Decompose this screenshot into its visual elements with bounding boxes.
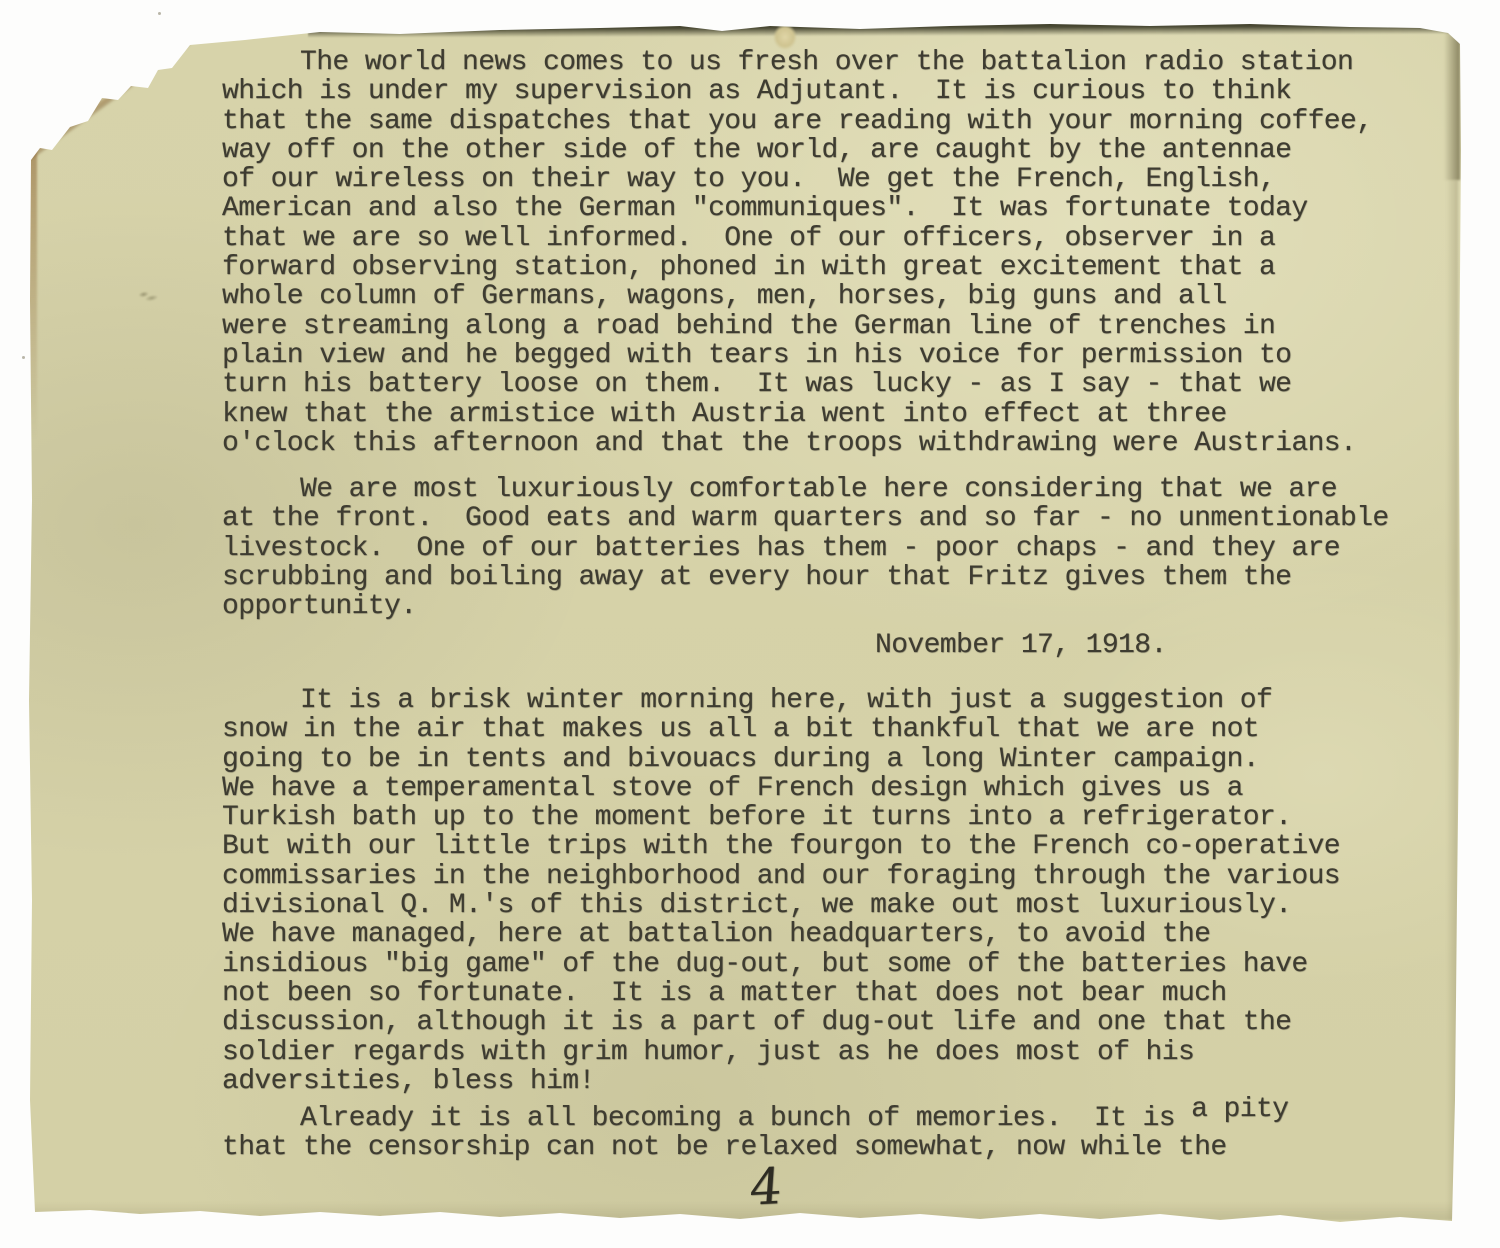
letter-body: The world news comes to us fresh over th… <box>222 44 1442 1163</box>
paragraph: Already it is all becoming a bunch of me… <box>222 1104 1442 1163</box>
typewritten-line: commissaries in the neighborhood and our… <box>222 862 1442 891</box>
typewritten-line: livestock. One of our batteries has them… <box>222 534 1442 563</box>
typewritten-line: plain view and he begged with tears in h… <box>222 341 1442 370</box>
typewritten-line: It is a brisk winter morning here, with … <box>222 686 1442 715</box>
typewritten-line: opportunity. <box>222 592 1442 621</box>
paragraph: It is a brisk winter morning here, with … <box>222 686 1442 1096</box>
typewritten-line: forward observing station, phoned in wit… <box>222 253 1442 282</box>
date-line: November 17, 1918. <box>875 631 1442 660</box>
typewritten-line: going to be in tents and bivouacs during… <box>222 745 1442 774</box>
typewritten-line: adversities, bless him! <box>222 1067 1442 1096</box>
left-edge-discoloration <box>28 150 37 440</box>
typewritten-line: whole column of Germans, wagons, men, ho… <box>222 282 1442 311</box>
right-edge-soft-shadow <box>1446 180 1458 1220</box>
raised-typed-text: a pity <box>1191 1094 1288 1125</box>
typewritten-line: snow in the air that makes us all a bit … <box>222 715 1442 744</box>
typewritten-line: We have a temperamental stove of French … <box>222 774 1442 803</box>
torn-corner-discoloration <box>25 38 189 160</box>
right-edge-shadow <box>1444 30 1460 180</box>
scanned-letter-page: The world news comes to us fresh over th… <box>0 0 1500 1248</box>
typewritten-line: discussion, although it is a part of dug… <box>222 1008 1442 1037</box>
bottom-edge-soft-shadow <box>30 1202 1454 1220</box>
typewritten-line: American and also the German "communique… <box>222 194 1442 223</box>
typewritten-line: soldier regards with grim humor, just as… <box>222 1038 1442 1067</box>
typewritten-line: o'clock this afternoon and that the troo… <box>222 429 1442 458</box>
scan-speck <box>158 12 161 15</box>
typewritten-line: Already it is all becoming a bunch of me… <box>222 1104 1442 1133</box>
typewritten-line: We have managed, here at battalion headq… <box>222 920 1442 949</box>
typewritten-line: scrubbing and boiling away at every hour… <box>222 563 1442 592</box>
scan-speck <box>22 356 25 359</box>
typewritten-line: way off on the other side of the world, … <box>222 136 1442 165</box>
typewritten-line: turn his battery loose on them. It was l… <box>222 370 1442 399</box>
typewritten-line: that the censorship can not be relaxed s… <box>222 1133 1442 1162</box>
typewritten-line: The world news comes to us fresh over th… <box>222 48 1442 77</box>
letter-paper: The world news comes to us fresh over th… <box>0 0 1500 1248</box>
typewritten-line: which is under my supervision as Adjutan… <box>222 77 1442 106</box>
typewritten-line: Turkish bath up to the moment before it … <box>222 803 1442 832</box>
typewritten-line: were streaming along a road behind the G… <box>222 312 1442 341</box>
typewritten-line: not been so fortunate. It is a matter th… <box>222 979 1442 1008</box>
typewritten-line: that the same dispatches that you are re… <box>222 107 1442 136</box>
typewritten-line: knew that the armistice with Austria wen… <box>222 400 1442 429</box>
paragraph: The world news comes to us fresh over th… <box>222 48 1442 458</box>
typewritten-line: We are most luxuriously comfortable here… <box>222 475 1442 504</box>
ink-smudge <box>137 287 159 304</box>
typewritten-line: of our wireless on their way to you. We … <box>222 165 1442 194</box>
typewritten-line: divisional Q. M.'s of this district, we … <box>222 891 1442 920</box>
typewritten-line: insidious "big game" of the dug-out, but… <box>222 950 1442 979</box>
typewritten-line: that we are so well informed. One of our… <box>222 224 1442 253</box>
handwritten-page-number: 4 <box>748 1157 784 1217</box>
paper-top-edge-shadow <box>308 19 1460 38</box>
typewritten-line: at the front. Good eats and warm quarter… <box>222 504 1442 533</box>
paragraph: We are most luxuriously comfortable here… <box>222 475 1442 621</box>
typewritten-line: But with our little trips with the fourg… <box>222 832 1442 861</box>
